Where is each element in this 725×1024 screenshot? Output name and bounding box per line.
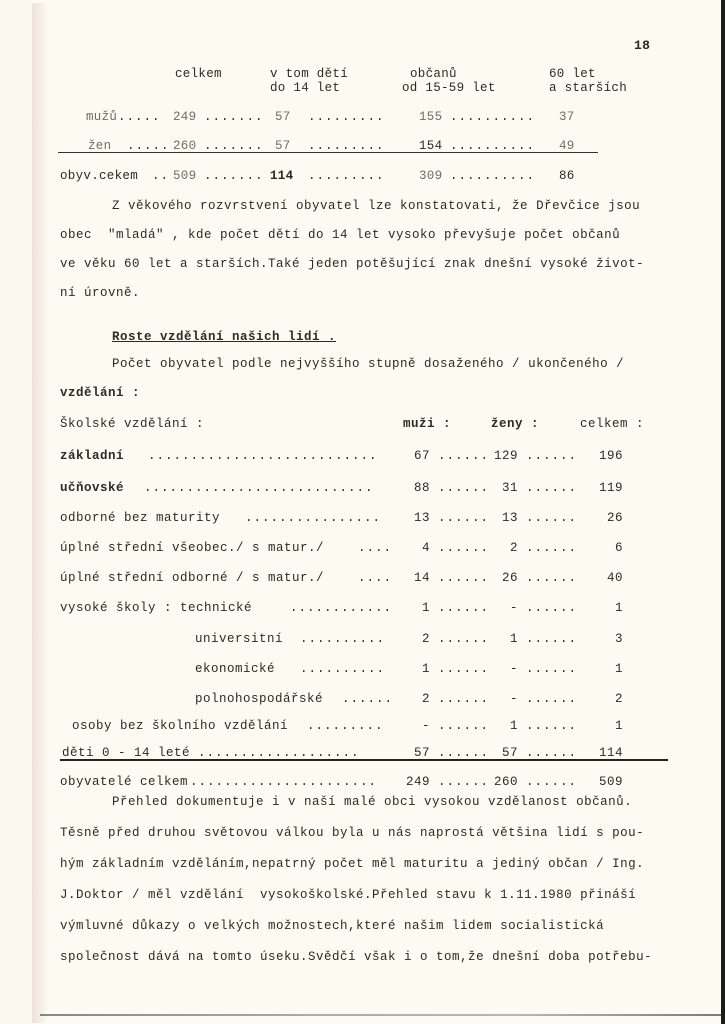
edu-cell: 26: [502, 571, 518, 585]
age-cell: 155: [419, 110, 442, 124]
edu-row-label: universitní: [195, 632, 283, 646]
dot-leader: ......: [526, 632, 577, 646]
paragraph-line: společnost dává na tomto úseku.Svědčí vš…: [60, 950, 652, 964]
dot-leader: ...........................: [148, 449, 378, 463]
dot-leader: ......: [438, 662, 489, 676]
edu-header-total: celkem :: [580, 417, 644, 431]
intro-line: Počet obyvatel podle nejvyššího stupně d…: [112, 357, 624, 371]
dot-leader: .......: [204, 110, 264, 124]
edu-cell: 2: [615, 692, 623, 706]
edu-row-label: osoby bez školního vzdělání: [72, 719, 288, 733]
edu-row-label: polnohospodářské: [195, 692, 323, 706]
edu-cell: 1: [510, 632, 518, 646]
edu-cell: 14: [414, 571, 430, 585]
edu-cell: 1: [422, 662, 430, 676]
edu-header-women: ženy :: [491, 417, 539, 431]
age-cell: 154: [419, 139, 442, 153]
dot-leader: ............: [290, 601, 392, 615]
dot-leader: .........: [308, 169, 385, 183]
section-heading: Roste vzdělání našich lidí .: [112, 330, 336, 344]
edu-cell: -: [510, 692, 518, 706]
dot-leader: ......: [438, 746, 489, 760]
dot-leader: ......: [526, 719, 577, 733]
dot-leader: ................: [245, 511, 381, 525]
edu-cell: 249: [406, 775, 430, 789]
dot-leader: ....: [358, 541, 392, 555]
edu-cell: -: [510, 662, 518, 676]
edu-cell: 2: [422, 632, 430, 646]
edu-cell: 4: [422, 541, 430, 555]
page-bottom-edge: [40, 1014, 721, 1016]
dot-leader: .........: [307, 719, 384, 733]
edu-cell: 67: [414, 449, 430, 463]
age-cell: 260: [173, 139, 196, 153]
dot-leader: ...........................: [144, 481, 374, 495]
page-number: 18: [634, 38, 650, 53]
intro-line: vzdělání :: [60, 386, 140, 400]
table-rule: [60, 759, 668, 762]
age-cell: 309: [419, 169, 442, 183]
dot-leader: ......: [438, 571, 489, 585]
age-header-children-sub: do 14 let: [270, 82, 340, 95]
edu-row-label: obyvatelé celkem: [60, 775, 188, 789]
edu-cell: 31: [502, 481, 518, 495]
edu-cell: 3: [615, 632, 623, 646]
edu-row-label: učňovské: [60, 481, 124, 495]
edu-cell: 509: [599, 775, 623, 789]
page-margin-shadow: [32, 3, 48, 1023]
dot-leader: ......: [526, 662, 577, 676]
edu-cell: 129: [494, 449, 518, 463]
age-cell: 49: [559, 139, 575, 153]
edu-cell: 13: [502, 511, 518, 525]
dot-leader: ......: [438, 449, 489, 463]
dot-leader: ......: [526, 449, 577, 463]
edu-row-label: úplné střední všeobec./ s matur./: [60, 541, 324, 555]
paragraph-line: hým základním vzděláním,nepatrný počet m…: [60, 857, 644, 871]
dot-leader: ....: [358, 571, 392, 585]
edu-cell: 88: [414, 481, 430, 495]
age-header-seniors: 60 let: [549, 68, 596, 81]
age-cell: 509: [173, 169, 196, 183]
dot-leader: ..........: [300, 662, 385, 676]
scan-background: [0, 0, 32, 1024]
edu-header-men: muži :: [403, 417, 451, 431]
dot-leader: ......: [526, 692, 577, 706]
edu-row-label: úplné střední odborné / s matur./: [60, 571, 324, 585]
paragraph-line: ve věku 60 let a starších.Také jeden pot…: [60, 257, 644, 271]
edu-cell: 13: [414, 511, 430, 525]
edu-cell: 2: [422, 692, 430, 706]
dot-leader: ..........: [450, 169, 535, 183]
edu-row-label: vysoké školy : technické: [60, 601, 252, 615]
edu-cell: 196: [599, 449, 623, 463]
age-row-label: obyv.cekem: [60, 169, 138, 183]
dot-leader: ......: [438, 481, 489, 495]
age-cell: 114: [270, 169, 293, 183]
paragraph-line: obec "mladá" , kde počet dětí do 14 let …: [60, 228, 620, 242]
edu-cell: 1: [615, 601, 623, 615]
age-cell: 37: [559, 110, 575, 124]
dot-leader: ..........: [300, 632, 385, 646]
paragraph-line: ní úrovně.: [60, 286, 140, 300]
dot-leader: .........: [308, 139, 385, 153]
edu-row-label: děti 0 - 14 leté: [62, 746, 190, 760]
age-header-adults: občanů: [410, 68, 457, 81]
dot-leader: .......: [204, 169, 264, 183]
paragraph-line: J.Doktor / měl vzdělání vysokoškolské.Př…: [60, 888, 636, 902]
age-header-children: v tom dětí: [270, 68, 348, 81]
edu-cell: 2: [510, 541, 518, 555]
paragraph-line: Z věkového rozvrstvení obyvatel lze kons…: [112, 199, 640, 213]
dot-leader: ..: [152, 169, 169, 183]
dot-leader: ......: [526, 481, 577, 495]
paragraph-line: Těsně před druhou světovou válkou byla u…: [60, 826, 644, 840]
dot-leader: ......................: [190, 775, 377, 789]
dot-leader: ......: [526, 746, 577, 760]
age-header-seniors-sub: a starších: [549, 82, 627, 95]
edu-row-label: ekonomické: [195, 662, 275, 676]
edu-cell: -: [510, 601, 518, 615]
dot-leader: .....: [118, 110, 161, 124]
edu-row-label: odborné bez maturity: [60, 511, 220, 525]
age-cell: 57: [275, 110, 291, 124]
edu-cell: 260: [494, 775, 518, 789]
edu-cell: 1: [615, 719, 623, 733]
dot-leader: ......: [526, 571, 577, 585]
dot-leader: ......: [438, 541, 489, 555]
dot-leader: .......: [204, 139, 264, 153]
paragraph-line: výmluvné důkazy o velkých možnostech,kte…: [60, 919, 604, 933]
edu-cell: 114: [599, 746, 623, 760]
dot-leader: ......: [438, 632, 489, 646]
dot-leader: ......: [526, 775, 577, 789]
dot-leader: ......: [438, 692, 489, 706]
dot-leader: ..........: [450, 110, 535, 124]
table-rule: [58, 152, 598, 154]
dot-leader: ......: [438, 601, 489, 615]
edu-cell: 57: [502, 746, 518, 760]
edu-cell: 6: [615, 541, 623, 555]
paragraph-line: Přehled dokumentuje i v naší malé obci v…: [112, 795, 632, 809]
edu-table-title: Školské vzdělání :: [60, 417, 204, 431]
dot-leader: ......: [342, 692, 393, 706]
edu-row-label: základní: [60, 449, 124, 463]
dot-leader: .....: [127, 139, 170, 153]
age-cell: 57: [275, 139, 291, 153]
dot-leader: ......: [438, 719, 489, 733]
age-row-label: mužů: [86, 110, 117, 124]
age-row-label: žen: [88, 139, 111, 153]
dot-leader: ......: [438, 511, 489, 525]
edu-cell: 1: [615, 662, 623, 676]
edu-cell: 26: [607, 511, 623, 525]
dot-leader: ...................: [198, 746, 360, 760]
page-right-edge: [721, 0, 725, 1024]
dot-leader: ..........: [450, 139, 535, 153]
age-cell: 86: [559, 169, 575, 183]
age-header-total: celkem: [175, 68, 222, 81]
edu-cell: 40: [607, 571, 623, 585]
age-header-adults-sub: od 15-59 let: [402, 82, 496, 95]
age-cell: 249: [173, 110, 196, 124]
dot-leader: ......: [526, 541, 577, 555]
edu-cell: 1: [422, 601, 430, 615]
dot-leader: ......: [526, 511, 577, 525]
dot-leader: ......: [526, 601, 577, 615]
dot-leader: ......: [438, 775, 489, 789]
dot-leader: .........: [308, 110, 385, 124]
edu-cell: 57: [414, 746, 430, 760]
edu-cell: 119: [599, 481, 623, 495]
edu-cell: 1: [510, 719, 518, 733]
edu-cell: -: [422, 719, 430, 733]
